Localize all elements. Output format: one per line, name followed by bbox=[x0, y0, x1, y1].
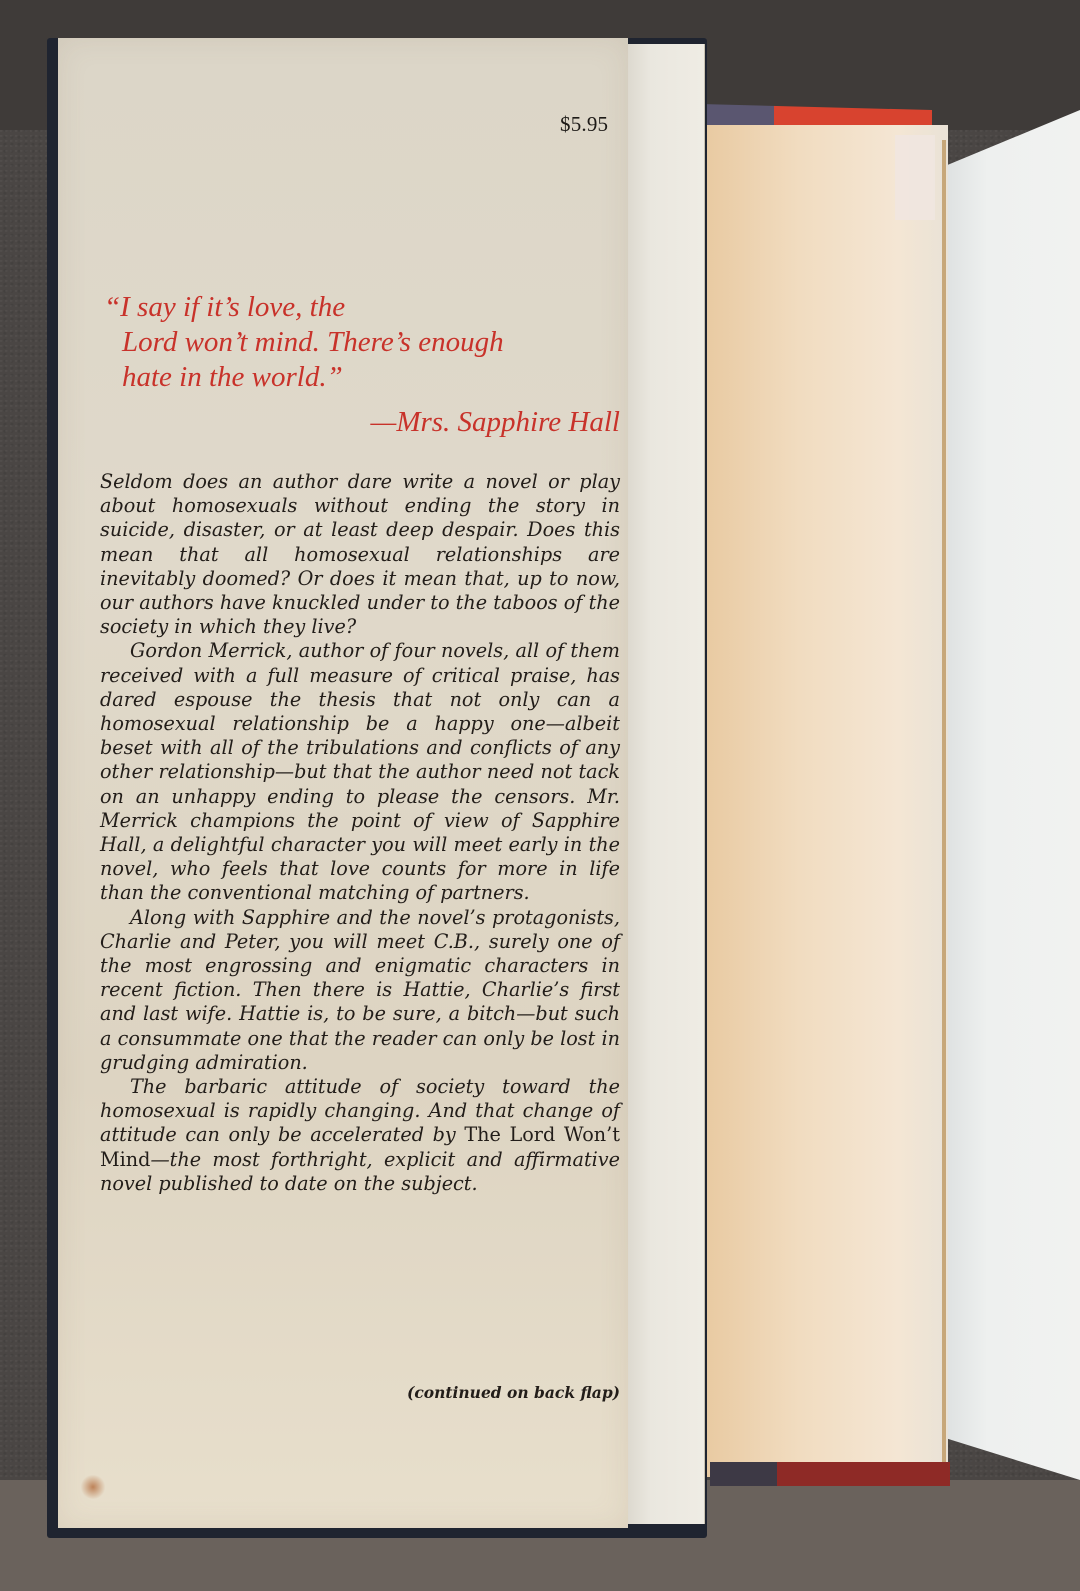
book-gutter bbox=[942, 140, 946, 1470]
flap-description: Seldom does an author dare write a novel… bbox=[100, 470, 620, 1196]
quote-line-3: hate in the world.” bbox=[104, 360, 624, 395]
price-label: $5.95 bbox=[560, 112, 608, 137]
pull-quote: “I say if it’s love, the Lord won’t mind… bbox=[104, 290, 624, 395]
paragraph-1: Seldom does an author dare write a novel… bbox=[100, 470, 620, 639]
paragraph-3: Along with Sapphire and the novel’s prot… bbox=[100, 906, 620, 1075]
book-page-right bbox=[948, 110, 1080, 1480]
quote-line-2: Lord won’t mind. There’s enough bbox=[104, 325, 624, 360]
book-board-bottom-edge bbox=[710, 1462, 950, 1486]
jacket-fold-strip bbox=[628, 44, 705, 1524]
stain-mark bbox=[80, 1475, 106, 1499]
quote-line-1: “I say if it’s love, the bbox=[104, 291, 345, 323]
tape-residue bbox=[895, 135, 935, 220]
paragraph-4-tail: —the most forthright, explicit and affir… bbox=[100, 1148, 620, 1195]
paragraph-2: Gordon Merrick, author of four novels, a… bbox=[100, 639, 620, 905]
paragraph-4: The barbaric attitude of society toward … bbox=[100, 1075, 620, 1196]
continued-note: (continued on back flap) bbox=[380, 1383, 620, 1402]
book-endpaper bbox=[700, 125, 948, 1477]
photo-scene: $5.95 “I say if it’s love, the Lord won’… bbox=[0, 0, 1080, 1591]
quote-attribution: —Mrs. Sapphire Hall bbox=[300, 406, 620, 439]
